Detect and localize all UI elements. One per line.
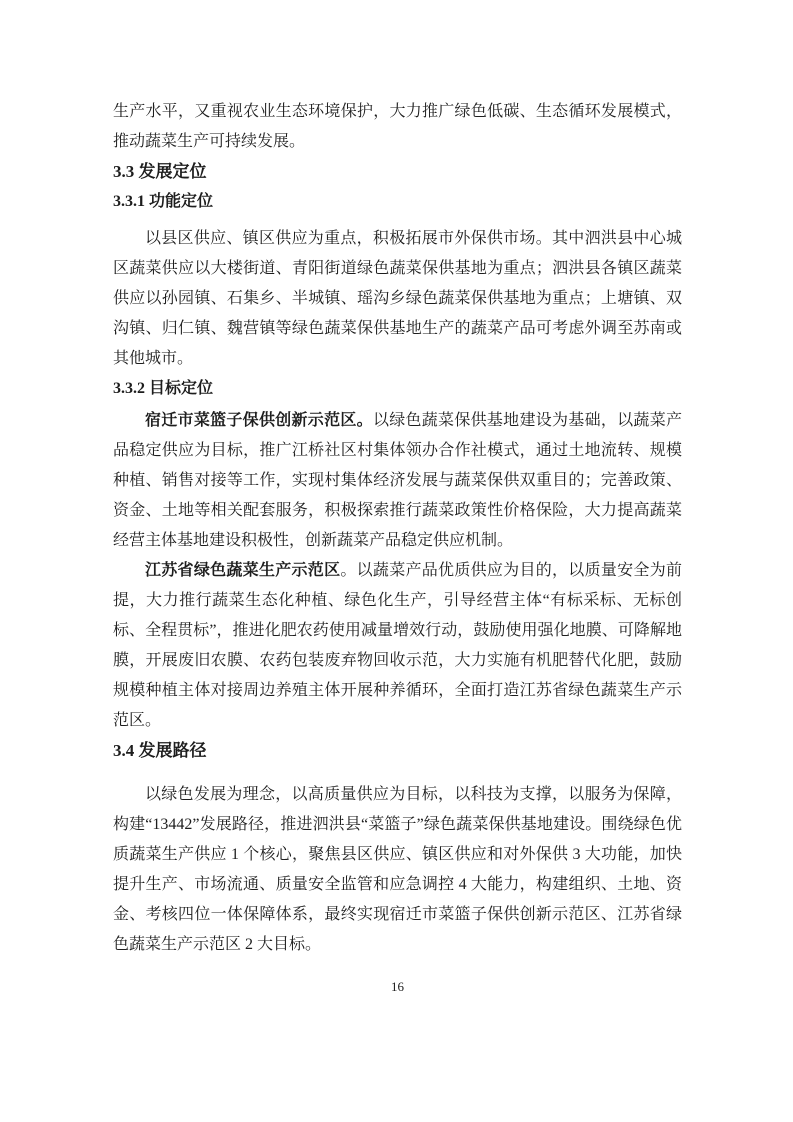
heading-3-3-2-target-positioning: 3.3.2 目标定位 (113, 374, 682, 404)
heading-3-4-development-path: 3.4 发展路径 (113, 736, 682, 766)
paragraph-continuation: 生产水平，又重视农业生态环境保护，大力推广绿色低碳、生态循环发展模式，推动蔬菜生… (113, 97, 682, 157)
page-number: 16 (113, 976, 682, 998)
heading-3-3-development-positioning: 3.3 发展定位 (113, 157, 682, 187)
paragraph-body-suqian: 以绿色蔬菜保供基地建设为基础，以蔬菜产品稳定供应为目标，推广江桥社区村集体领办合… (113, 412, 682, 549)
heading-3-3-1-functional-positioning: 3.3.1 功能定位 (113, 187, 682, 217)
paragraph-functional-positioning: 以县区供应、镇区供应为重点，积极拓展市外保供市场。其中泗洪县中心城区蔬菜供应以大… (113, 224, 682, 374)
paragraph-body-jiangsu: 。以蔬菜产品优质供应为目的，以质量安全为前提，大力推行蔬菜生态化种植、绿色化生产… (113, 562, 682, 729)
paragraph-lead-jiangsu: 江苏省绿色蔬菜生产示范区 (145, 562, 340, 579)
paragraph-suqian-demonstration-zone: 宿迁市菜篮子保供创新示范区。以绿色蔬菜保供基地建设为基础，以蔬菜产品稳定供应为目… (113, 406, 682, 556)
paragraph-lead-suqian: 宿迁市菜篮子保供创新示范区。 (145, 412, 373, 429)
paragraph-development-path: 以绿色发展为理念，以高质量供应为目标，以科技为支撑，以服务为保障，构建“1344… (113, 780, 682, 960)
document-page: 生产水平，又重视农业生态环境保护，大力推广绿色低碳、生态循环发展模式，推动蔬菜生… (0, 0, 793, 1122)
paragraph-jiangsu-demonstration-zone: 江苏省绿色蔬菜生产示范区。以蔬菜产品优质供应为目的，以质量安全为前提，大力推行蔬… (113, 556, 682, 736)
